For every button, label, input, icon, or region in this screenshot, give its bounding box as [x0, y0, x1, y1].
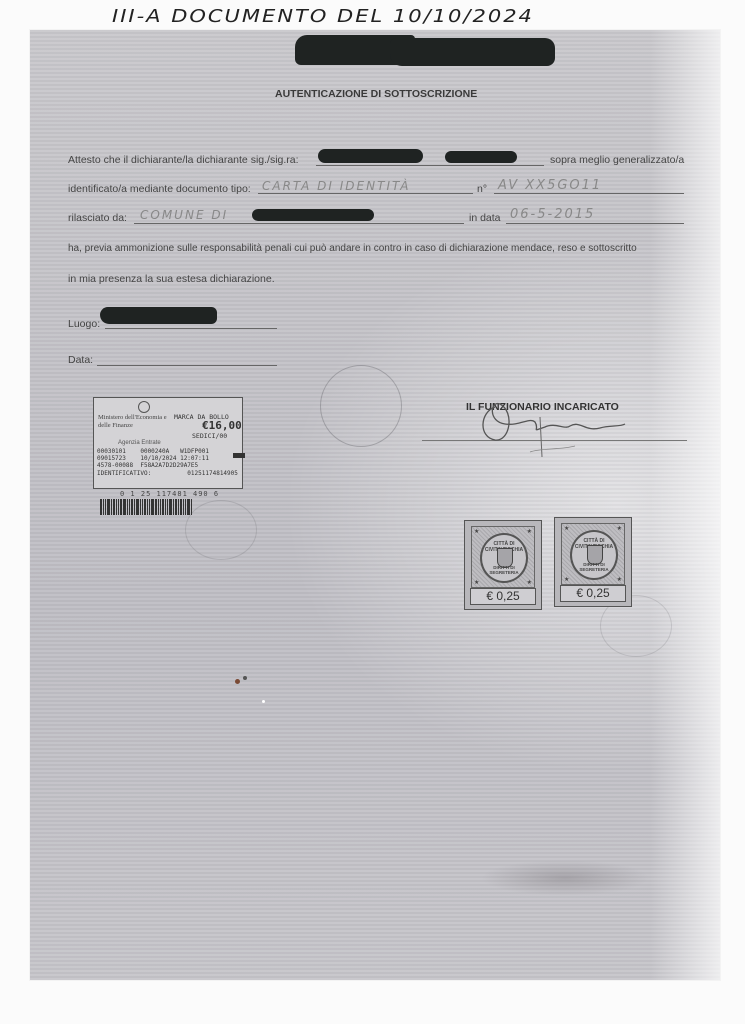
barcode-bar [147, 499, 148, 515]
document-type-label: identificato/a mediante documento tipo: [68, 183, 251, 195]
star-icon: ★ [527, 528, 532, 535]
document-number-label: n° [477, 183, 487, 195]
barcode-bar [131, 499, 133, 515]
barcode-bar [187, 499, 190, 515]
redacted-issuing-municipality [252, 209, 374, 221]
barcode-bar [142, 499, 143, 515]
barcode-number: 0 1 25 117481 490 6 [120, 490, 219, 498]
star-icon: ★ [527, 579, 532, 586]
barcode-bar [183, 499, 184, 515]
republic-emblem-icon [138, 401, 150, 413]
date-label: Data: [68, 354, 93, 366]
declarant-name-field [316, 165, 544, 166]
date-field [97, 365, 277, 366]
declaration-text-line-1: ha, previa ammonizione sulle responsabil… [68, 243, 637, 254]
revenue-stamp: Ministero dell'Economia e delle Finanze … [93, 397, 243, 489]
barcode-bar [144, 499, 146, 515]
place-field [105, 328, 277, 329]
issue-date-label: in data [469, 212, 501, 224]
barcode-bar [178, 499, 179, 515]
star-icon: ★ [564, 525, 569, 532]
stamp-pattern: ★ ★ ★ ★ CITTÀ DI CIVITAVECCHIA DIRITTI D… [561, 523, 625, 585]
redacted-place [100, 307, 217, 324]
scan-dust [262, 700, 265, 703]
star-icon: ★ [474, 528, 479, 535]
barcode-bar [127, 499, 128, 515]
barcode-bar [113, 499, 115, 515]
barcode-bar [118, 499, 119, 515]
issued-by-field [134, 223, 464, 224]
barcode [100, 499, 200, 515]
stamp-tab [233, 453, 245, 458]
issued-by-value: COMUNE DI [140, 208, 228, 222]
star-icon: ★ [564, 576, 569, 583]
barcode-bar [165, 499, 166, 515]
stamp-ring: CITTÀ DI CIVITAVECCHIA DIRITTI DI SEGRET… [570, 530, 618, 580]
redacted-header-right [390, 38, 555, 66]
barcode-bar [120, 499, 122, 515]
document-number-value: AV XX5GO11 [498, 178, 602, 193]
barcode-bar [111, 499, 112, 515]
barcode-bar [169, 499, 172, 515]
issue-date-value: 06-5-2015 [510, 207, 595, 222]
document-number-field [494, 193, 684, 194]
stamp-amount-words: SEDICI/00 [192, 432, 227, 440]
stamp-pattern: ★ ★ ★ ★ CITTÀ DI CIVITAVECCHIA DIRITTI D… [471, 526, 535, 588]
fee-stamp: ★ ★ ★ ★ CITTÀ DI CIVITAVECCHIA DIRITTI D… [554, 517, 632, 607]
stamp-value: € 0,25 [470, 588, 536, 605]
document-type-value: CARTA DI IDENTITÀ [262, 179, 410, 193]
issue-date-field [506, 223, 684, 224]
barcode-bar [155, 499, 157, 515]
stamp-ring: CITTÀ DI CIVITAVECCHIA DIRITTI DI SEGRET… [480, 533, 528, 583]
stamp-type: DIRITTI DI SEGRETERIA [572, 562, 616, 572]
stamp-amount: €16,00 [202, 419, 242, 432]
declaration-text-line-2: in mia presenza la sua estesa dichiarazi… [68, 273, 275, 285]
declarant-label: Attesto che il dichiarante/la dichiarant… [68, 154, 299, 166]
barcode-bar [136, 499, 139, 515]
barcode-bar [173, 499, 174, 515]
faint-circular-stamp [320, 365, 402, 447]
barcode-bar [100, 499, 102, 515]
barcode-bar [185, 499, 186, 515]
ministry-label: Ministero dell'Economia e delle Finanze [98, 414, 168, 430]
document-type-field [258, 193, 473, 194]
barcode-bar [180, 499, 182, 515]
barcode-bar [158, 499, 159, 515]
barcode-bar [134, 499, 135, 515]
redacted-declarant-name-1 [318, 149, 423, 163]
barcode-bar [107, 499, 110, 515]
barcode-bar [162, 499, 164, 515]
handwritten-header-annotation: III-A DOCUMENTO DEL 10/10/2024 [112, 6, 534, 26]
barcode-bar [149, 499, 150, 515]
fee-stamp: ★ ★ ★ ★ CITTÀ DI CIVITAVECCHIA DIRITTI D… [464, 520, 542, 610]
issued-by-label: rilasciato da: [68, 212, 127, 224]
redacted-declarant-name-2 [445, 151, 517, 163]
barcode-bar [103, 499, 104, 515]
official-signature [470, 382, 640, 462]
barcode-bar [105, 499, 106, 515]
barcode-bar [160, 499, 161, 515]
barcode-bar [191, 499, 192, 515]
generalized-text: sopra meglio generalizzato/a [550, 154, 684, 166]
scan-smudge [480, 860, 650, 896]
stamp-type: DIRITTI DI SEGRETERIA [482, 565, 526, 575]
star-icon: ★ [474, 579, 479, 586]
barcode-bar [175, 499, 177, 515]
document-title: AUTENTICAZIONE DI SOTTOSCRIZIONE [275, 88, 477, 100]
place-label: Luogo: [68, 318, 100, 330]
agency-label: Agenzia Entrate [118, 440, 161, 446]
stamp-codes: 00030101 0000240A W1DFP001 09015723 10/1… [97, 448, 238, 477]
scan-dust [235, 679, 240, 684]
scan-dust [243, 676, 247, 680]
barcode-bar [167, 499, 168, 515]
stamp-value: € 0,25 [560, 585, 626, 602]
barcode-bar [140, 499, 141, 515]
star-icon: ★ [617, 525, 622, 532]
barcode-bar [151, 499, 154, 515]
star-icon: ★ [617, 576, 622, 583]
barcode-bar [116, 499, 117, 515]
barcode-bar [129, 499, 130, 515]
barcode-bar [123, 499, 126, 515]
